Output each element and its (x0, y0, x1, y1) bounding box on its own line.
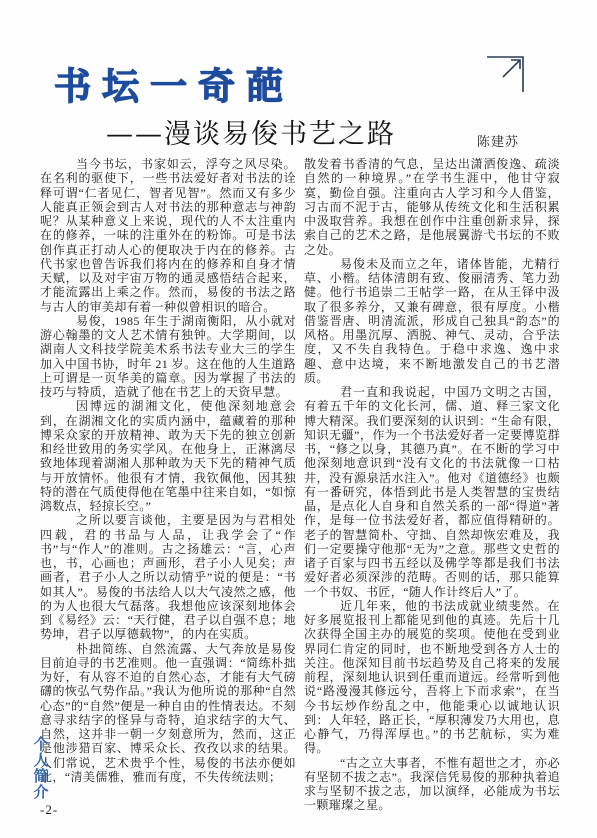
article-subtitle: ——漫谈易俊书艺之路 (106, 112, 396, 151)
right-column: 散发着书香清的气息，呈达出潇洒俊逸、疏淡自然的一种境界。”在学书生涯中，他甘守寂… (304, 157, 560, 813)
paragraph: 易俊未及而立之年，诸体皆能，尤精行草、小楷。结体清朗有致、俊丽清秀、笔力劲健。他… (304, 257, 560, 385)
paragraph: 当今书坛，书家如云，浮夸之风尽染。在名利的驱使下，一些书法爱好者对书法的诠释可谓… (40, 157, 296, 314)
article-body: 当今书坛，书家如云，浮夸之风尽染。在名利的驱使下，一些书法爱好者对书法的诠释可谓… (40, 157, 560, 813)
paragraph: 因博远的湖湘文化，使他深刻地意会到，在湖湘文化的实质内涵中，蕴藏着的那种博采众家… (40, 399, 296, 513)
paragraph: 散发着书香清的气息，呈达出潇洒俊逸、疏淡自然的一种境界。”在学书生涯中，他甘守寂… (304, 157, 560, 257)
paragraph: 之所以要言谈他，主要是因为与君相处四载，君的书品与人品，让我学会了“作书”与“作… (40, 513, 296, 641)
left-column: 当今书坛，书家如云，浮夸之风尽染。在名利的驱使下，一些书法爱好者对书法的诠释可谓… (40, 157, 296, 813)
magazine-page: 书坛一奇葩 ——漫谈易俊书艺之路 陈建苏 当今书坛，书家如云，浮夸之风尽染。在名… (0, 0, 597, 838)
paragraph: 朴拙简练、自然流露、大气奔放是易俊目前迫寻的书艺准则。他一直强调：“简练朴拙为好… (40, 642, 296, 785)
page-number: -2- (40, 802, 58, 818)
article-title: 书坛一奇葩 (54, 56, 294, 110)
paragraph: 近几年来，他的书法成就业绩斐然。在好多展览报刊上都能见到他的真迹。先后十几次获得… (304, 599, 560, 756)
paragraph: “古之立大事者，不惟有超世之才，亦必有坚韧不拔之志”。我深信凭易俊的那种执着追求… (304, 756, 560, 813)
section-label-vertical: 个人简介 (31, 736, 48, 800)
author-name: 陈建苏 (477, 131, 519, 150)
paragraph: 易俊，1985 年生于湖南衡阳，从小就对游心翰墨的文人艺术情有独钟。大学期间，以… (40, 314, 296, 400)
paragraph: 君一直和我说起，中国乃文明之古国，有着五千年的文化长河，儒、道、释三家文化博大精… (304, 385, 560, 599)
corner-arrow-icon (486, 50, 528, 94)
